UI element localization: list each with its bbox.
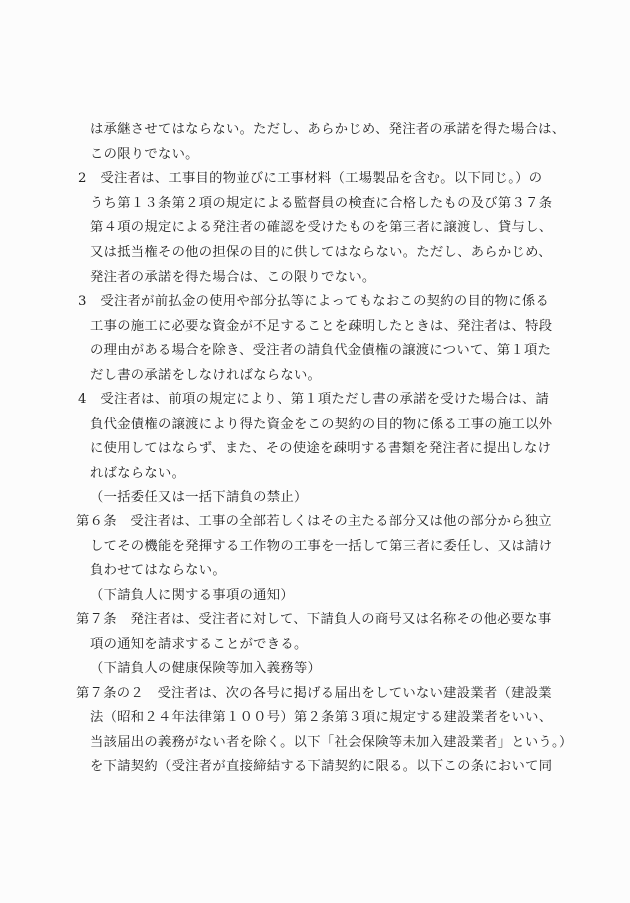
text-line: ればならない。 bbox=[90, 462, 185, 486]
paragraph-2-start: 2 受注者は、工事目的物並びに工事材料（工場製品を含む。以下同じ。）の bbox=[78, 167, 542, 191]
text-line: 工事の施工に必要な資金が不足することを疎明したときは、発注者は、特段 bbox=[90, 315, 552, 339]
text-line: は承継させてはならない。ただし、あらかじめ、発注者の承諾を得た場合は、 bbox=[90, 118, 565, 142]
text-line: この限りでない。 bbox=[90, 143, 199, 167]
document-page: は承継させてはならない。ただし、あらかじめ、発注者の承諾を得た場合は、 この限り… bbox=[0, 0, 630, 903]
article-heading: （一括委任又は一括下請負の禁止） bbox=[90, 486, 308, 510]
text-line: 第４項の規定による発注者の確認を受けたものを第三者に譲渡し、貸与し、 bbox=[90, 216, 552, 240]
paragraph-4-start: 4 受注者は、前項の規定により、第１項ただし書の承諾を受けた場合は、請 bbox=[78, 388, 549, 412]
text-line: してその機能を発揮する工作物の工事を一括して第三者に委任し、又は請け bbox=[90, 535, 552, 559]
text-line: 法（昭和２４年法律第１００号）第２条第３項に規定する建設業者をいい、 bbox=[90, 706, 552, 730]
text-line: うち第１３条第２項の規定による監督員の検査に合格したもの及び第３７条 bbox=[90, 192, 552, 216]
text-line: 発注者の承諾を得た場合は、この限りでない。 bbox=[90, 266, 376, 290]
text-line: 負わせてはならない。 bbox=[90, 559, 226, 583]
article-heading: （下請負人の健康保険等加入義務等） bbox=[90, 657, 321, 681]
text-line: 又は抵当権その他の担保の目的に供してはならない。ただし、あらかじめ、 bbox=[90, 241, 552, 265]
article-7-2-start: 第７条の２ 受注者は、次の各号に掲げる届出をしていない建設業者（建設業 bbox=[76, 682, 552, 706]
text-line: 負代金債権の譲渡により得た資金をこの契約の目的物に係る工事の施工以外 bbox=[90, 413, 552, 437]
text-line: 項の通知を請求することができる。 bbox=[90, 633, 308, 657]
article-7-start: 第７条 発注者は、受注者に対して、下請負人の商号又は名称その他必要な事 bbox=[76, 608, 552, 632]
text-line: に使用してはならず、また、その使途を疎明する書類を発注者に提出しなけ bbox=[90, 437, 551, 461]
text-line: の理由がある場合を除き、受注者の請負代金債権の譲渡について、第１項た bbox=[90, 339, 551, 363]
paragraph-3-start: 3 受注者が前払金の使用や部分払等によってもなおこの契約の目的物に係る bbox=[78, 290, 549, 314]
text-line: 当該届出の義務がない者を除く。以下「社会保険等未加入建設業者」という。） bbox=[90, 731, 573, 755]
article-heading: （下請負人に関する事項の通知） bbox=[90, 584, 294, 608]
text-line: だし書の承諾をしなければならない。 bbox=[90, 364, 321, 388]
article-6-start: 第６条 受注者は、工事の全部若しくはその主たる部分又は他の部分から独立 bbox=[76, 510, 552, 534]
text-line: を下請契約（受注者が直接締結する下請契約に限る。以下この条において同 bbox=[90, 755, 552, 779]
